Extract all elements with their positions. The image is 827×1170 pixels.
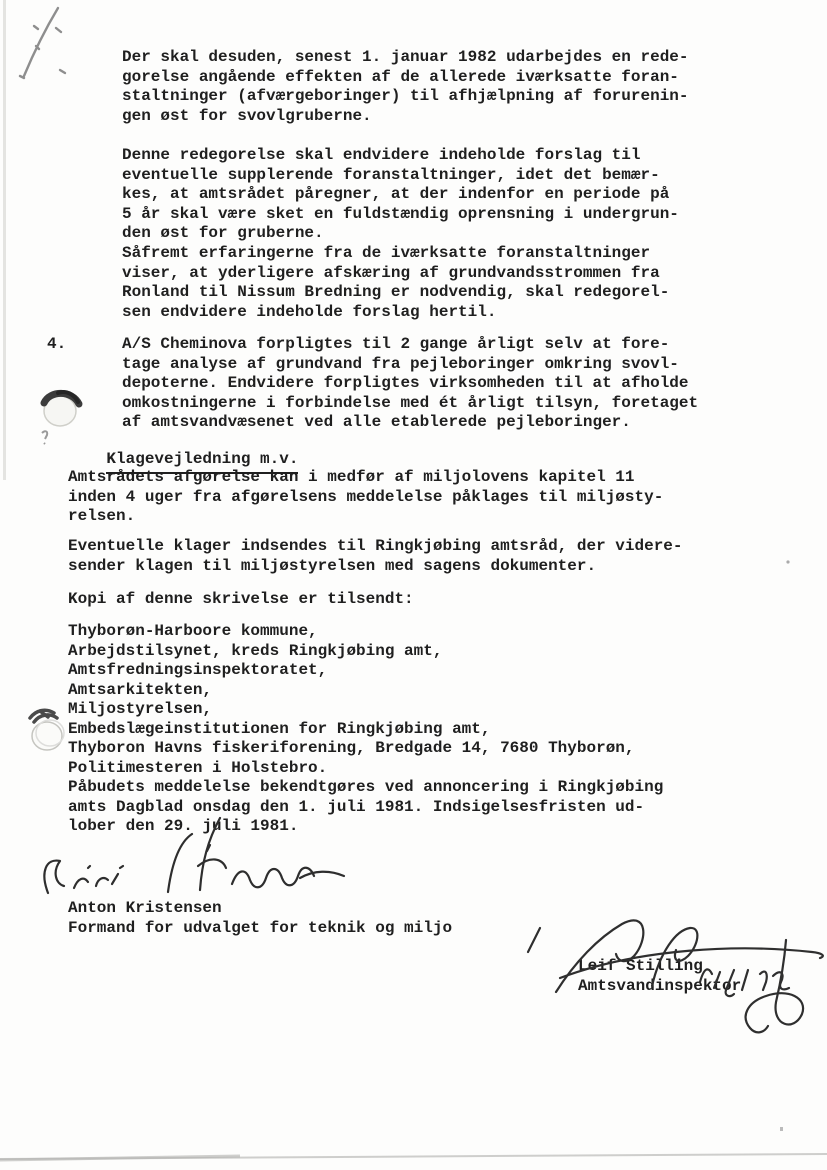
scan-speck xyxy=(786,560,789,563)
paragraph-redegorelse-1982: Der skal desuden, senest 1. januar 1982 … xyxy=(122,48,689,126)
right-signatory-name: Leif Stilling xyxy=(578,957,703,977)
recipient-list: Thyborøn-Harboore kommune, Arbejdstilsyn… xyxy=(68,622,635,778)
scanned-document-page: Der skal desuden, senest 1. januar 1982 … xyxy=(0,0,827,1170)
list-item-4-text: A/S Cheminova forpligtes til 2 gange årl… xyxy=(122,335,698,433)
left-signatory-name: Anton Kristensen xyxy=(68,899,222,919)
paragraph-amtsraadets-afgorelse: Amtsrådets afgørelse kan i medfør af mil… xyxy=(68,468,663,527)
paragraph-kopi-tilsendt: Kopi af denne skrivelse er tilsendt: xyxy=(68,590,414,610)
right-signatory-title: Amtsvandinspektor xyxy=(578,977,741,997)
left-signatory-title: Formand for udvalget for teknik og miljo xyxy=(68,919,452,939)
paragraph-saafremt-erfaringerne: Såfremt erfaringerne fra de iværksatte f… xyxy=(122,244,669,322)
scan-speck xyxy=(780,1127,783,1131)
paragraph-forslag-supplerende: Denne redegorelse skal endvidere indehol… xyxy=(122,146,679,244)
paragraph-eventuelle-klager: Eventuelle klager indsendes til Ringkjøb… xyxy=(68,537,683,576)
handwritten-slash-mark xyxy=(528,928,540,952)
scan-bottom-line xyxy=(0,1154,827,1160)
pencil-checkmark xyxy=(20,8,65,78)
list-item-4-number: 4. xyxy=(47,335,66,355)
punch-hole-lower-icon xyxy=(30,710,64,750)
paragraph-paabudets-meddelelse: Påbudets meddelelse bekendtgøres ved ann… xyxy=(68,778,663,837)
scan-edge-line xyxy=(3,0,6,480)
